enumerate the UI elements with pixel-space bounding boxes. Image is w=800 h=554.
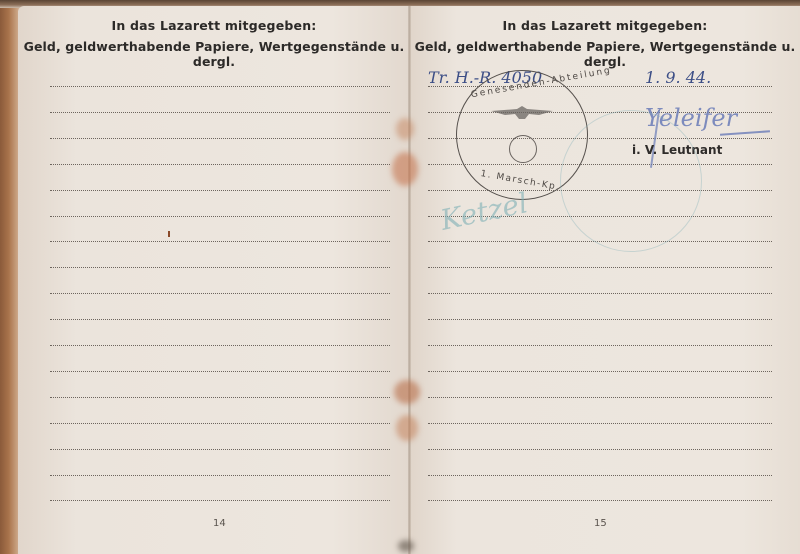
- ruled-line: [50, 319, 390, 320]
- ruled-line: [428, 345, 772, 346]
- right-heading-line2: Geld, geldwerthabende Papiere, Wertgegen…: [410, 39, 800, 69]
- ruled-line: [50, 397, 390, 398]
- ruled-line: [428, 449, 772, 450]
- left-page-number: 14: [213, 518, 226, 529]
- ruled-line: [50, 267, 390, 268]
- ruled-line: [50, 112, 390, 113]
- ruled-line: [50, 423, 390, 424]
- right-heading-line1: In das Lazarett mitgegeben:: [410, 18, 800, 33]
- ruled-line: [50, 449, 390, 450]
- ruled-line: [50, 345, 390, 346]
- rust-stain: [394, 380, 420, 404]
- left-heading-line2: Geld, geldwerthabende Papiere, Wertgegen…: [18, 39, 410, 69]
- ink-speck: [168, 231, 170, 237]
- dark-stain: [398, 540, 414, 552]
- ruled-line: [428, 397, 772, 398]
- right-page-number: 15: [594, 518, 607, 529]
- ruled-line: [50, 475, 390, 476]
- ruled-line: [428, 267, 772, 268]
- wreath-emblem-icon: [509, 135, 537, 163]
- ruled-line: [50, 190, 390, 191]
- ruled-line: [50, 86, 390, 87]
- ruled-line: [428, 371, 772, 372]
- ruled-line: [428, 423, 772, 424]
- rust-stain: [396, 118, 414, 140]
- ruled-line: [50, 293, 390, 294]
- ruled-line: [428, 500, 772, 501]
- ruled-line: [50, 500, 390, 501]
- rust-stain: [392, 152, 418, 186]
- ruled-line: [428, 293, 772, 294]
- ruled-line: [50, 241, 390, 242]
- ruled-line: [50, 164, 390, 165]
- ruled-line: [50, 138, 390, 139]
- ruled-line: [428, 475, 772, 476]
- ruled-line: [50, 371, 390, 372]
- faint-stamp-ring: [560, 110, 702, 252]
- ruled-line: [50, 216, 390, 217]
- ruled-line: [428, 319, 772, 320]
- eagle-emblem-icon: [489, 105, 555, 121]
- book-spine: [408, 6, 411, 554]
- left-page: In das Lazarett mitgegeben: Geld, geldwe…: [18, 6, 410, 554]
- right-page: In das Lazarett mitgegeben: Geld, geldwe…: [410, 6, 800, 554]
- rust-stain: [396, 415, 418, 441]
- left-heading-line1: In das Lazarett mitgegeben:: [18, 18, 410, 33]
- date-handwritten: 1. 9. 44.: [645, 68, 711, 87]
